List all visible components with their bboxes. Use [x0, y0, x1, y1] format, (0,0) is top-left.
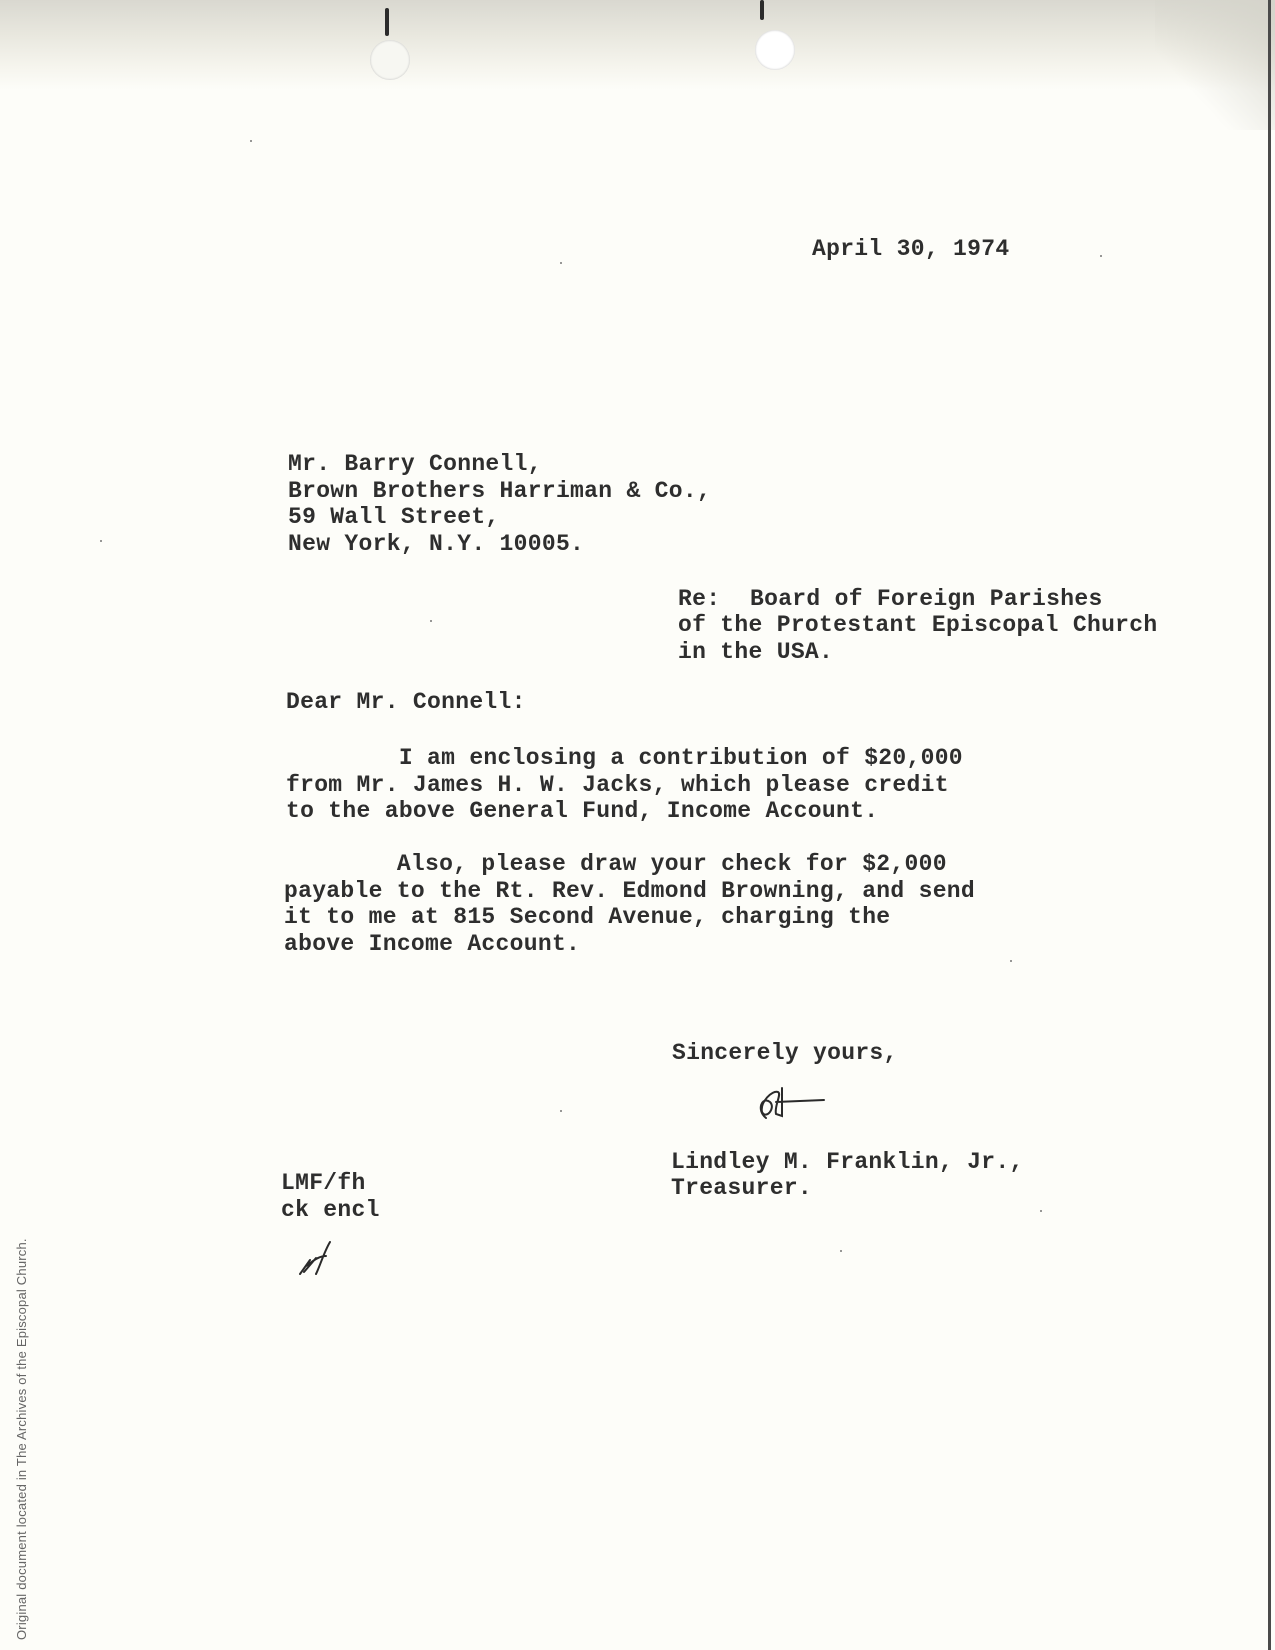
- address-line: Brown Brothers Harriman & Co.,: [288, 478, 711, 505]
- paragraph-contribution: I am enclosing a contribution of $20,000…: [286, 745, 963, 825]
- scan-corner-shading: [1155, 0, 1275, 130]
- body-line: to the above General Fund, Income Accoun…: [286, 798, 963, 825]
- handwritten-signature-icon: [752, 1080, 832, 1125]
- scan-speck: [1100, 255, 1102, 257]
- body-line: it to me at 815 Second Avenue, charging …: [284, 904, 975, 931]
- signer-title: Treasurer.: [671, 1175, 812, 1202]
- scan-speck: [100, 540, 102, 542]
- punch-hole: [755, 30, 795, 70]
- scan-speck: [250, 140, 252, 142]
- paragraph-check-request: Also, please draw your check for $2,000 …: [284, 851, 975, 957]
- address-line: Mr. Barry Connell,: [288, 451, 711, 478]
- body-line: above Income Account.: [284, 931, 975, 958]
- letter-date: April 30, 1974: [812, 236, 1009, 263]
- enclosure-note: ck encl: [281, 1197, 380, 1224]
- address-line: New York, N.Y. 10005.: [288, 531, 711, 558]
- subject-line: Board of Foreign Parishes: [750, 586, 1103, 613]
- subject-line: in the USA.: [678, 639, 1157, 666]
- page-edge-line: [1268, 0, 1271, 1650]
- handwritten-initial-mark-icon: [296, 1238, 341, 1278]
- salutation: Dear Mr. Connell:: [286, 689, 526, 716]
- reference-notations: LMF/fh ck encl: [281, 1170, 380, 1223]
- signer-name: Lindley M. Franklin, Jr.,: [671, 1149, 1024, 1176]
- scan-speck: [840, 1250, 842, 1252]
- scan-speck: [560, 1110, 562, 1112]
- subject-reference: Board of Foreign Parishes: [750, 586, 1103, 613]
- re-label: Re:: [678, 586, 720, 613]
- subject-line: of the Protestant Episcopal Church: [678, 612, 1157, 639]
- body-line: Also, please draw your check for $2,000: [284, 851, 975, 878]
- binder-mark: [385, 8, 389, 36]
- body-line: I am enclosing a contribution of $20,000: [286, 745, 963, 772]
- recipient-address: Mr. Barry Connell, Brown Brothers Harrim…: [288, 451, 711, 557]
- scan-speck: [1010, 960, 1012, 962]
- closing: Sincerely yours,: [672, 1040, 898, 1067]
- binder-mark: [760, 0, 764, 20]
- address-line: 59 Wall Street,: [288, 504, 711, 531]
- punch-hole: [370, 40, 410, 80]
- scan-top-shading: [0, 0, 1275, 90]
- scan-speck: [560, 262, 562, 264]
- scan-speck: [430, 620, 432, 622]
- scan-speck: [1040, 1210, 1042, 1212]
- subject-reference-cont: of the Protestant Episcopal Church in th…: [678, 612, 1157, 665]
- body-line: from Mr. James H. W. Jacks, which please…: [286, 772, 963, 799]
- reference-initials: LMF/fh: [281, 1170, 380, 1197]
- body-line: payable to the Rt. Rev. Edmond Browning,…: [284, 878, 975, 905]
- archive-attribution: Original document located in The Archive…: [14, 1238, 29, 1640]
